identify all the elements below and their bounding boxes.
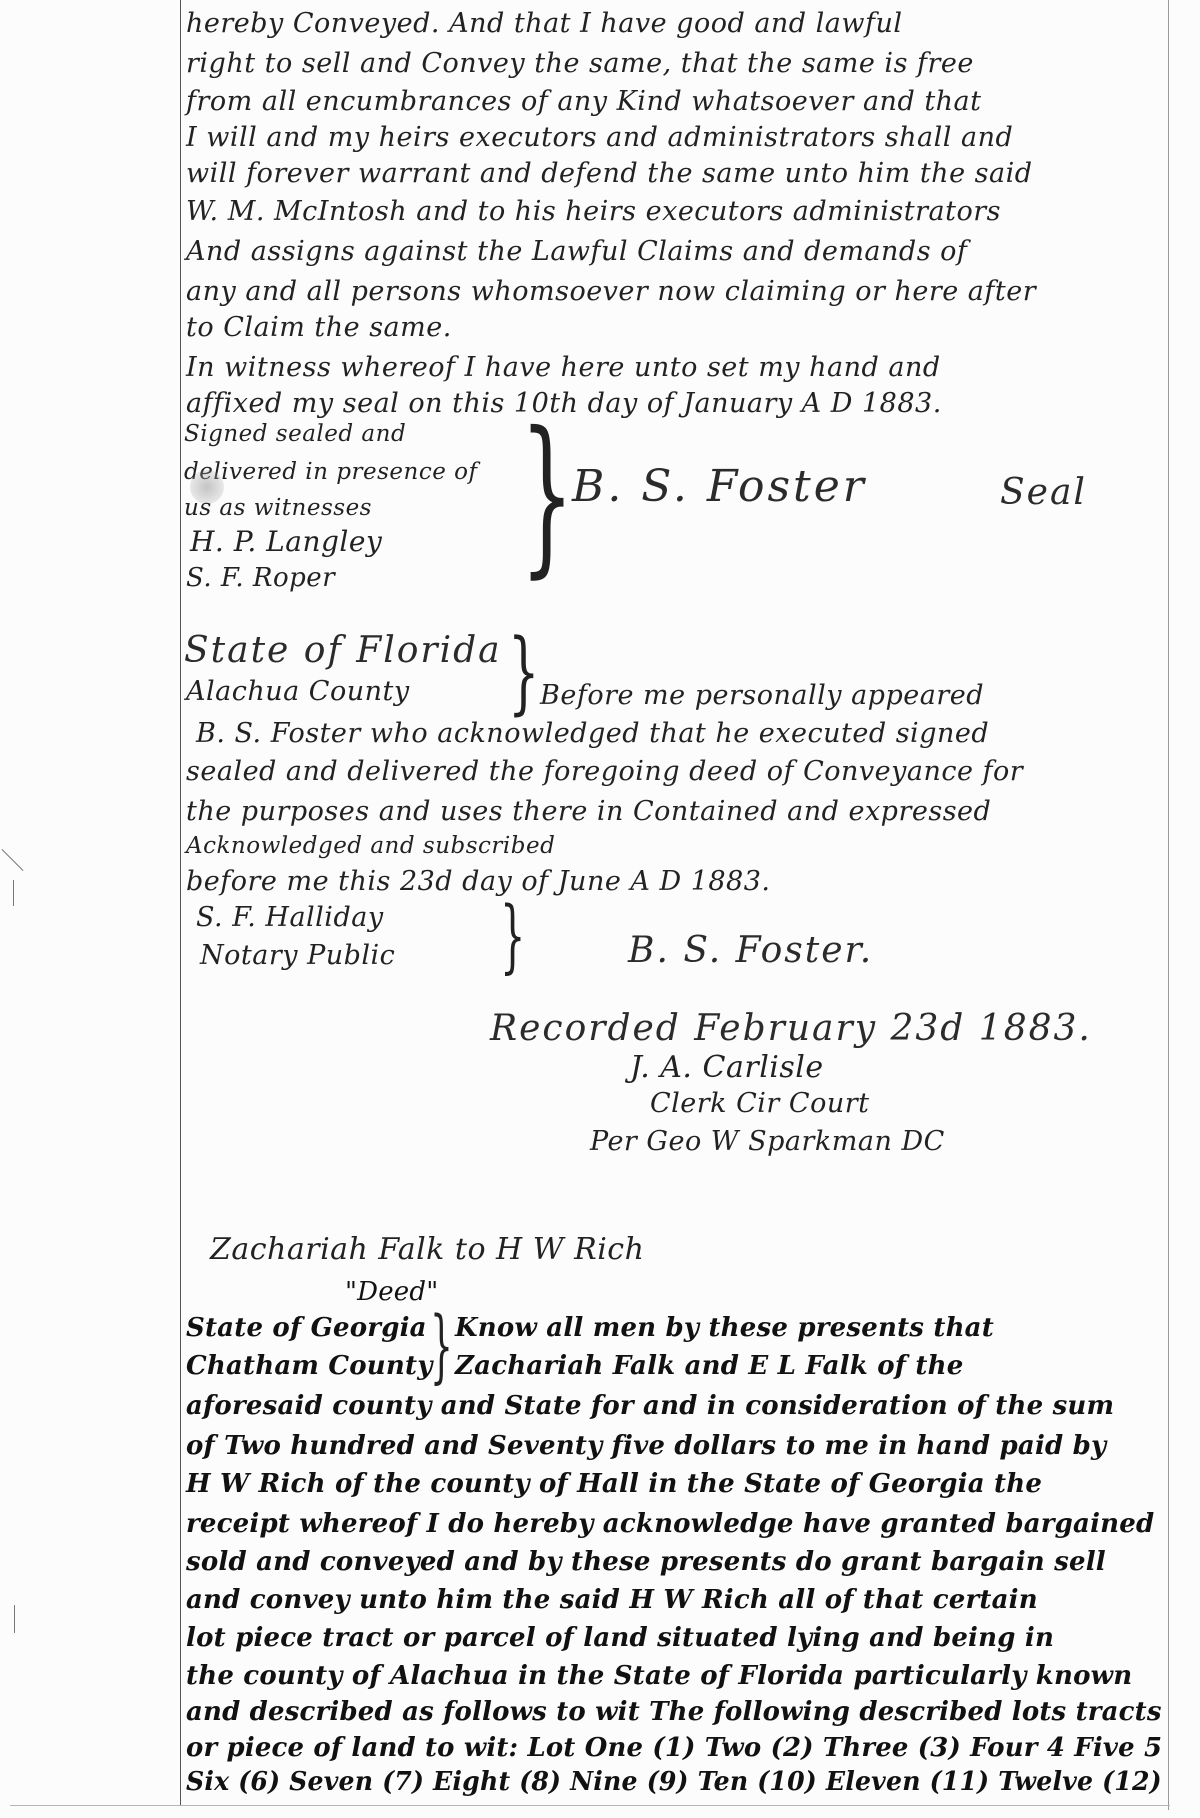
margin-stray-mark: [13, 880, 14, 906]
deed-line: W. M. McIntosh and to his heirs executor…: [186, 196, 1001, 228]
ack-line: before me this 23d day of June A D 1883.: [186, 866, 771, 898]
deed-line: of Two hundred and Seventy five dollars …: [186, 1430, 1106, 1462]
deed-line: I will and my heirs executors and admini…: [186, 122, 1013, 154]
clerk-name: J. A. Carlisle: [630, 1052, 824, 1084]
margin-stray-mark: [14, 1605, 15, 1633]
witness-line: Signed sealed and: [184, 420, 406, 448]
venue-county: Chatham County: [186, 1350, 433, 1382]
recorded-date: Recorded February 23d 1883.: [490, 1008, 1092, 1050]
left-margin-rule: [180, 0, 181, 1805]
deed-line: to Claim the same.: [186, 312, 452, 344]
witness-line: us as witnesses: [184, 494, 372, 522]
ack-line: the purposes and uses there in Contained…: [186, 796, 991, 828]
deed-line: and convey unto him the said H W Rich al…: [186, 1584, 1038, 1616]
deed-line: H W Rich of the county of Hall in the St…: [186, 1468, 1042, 1500]
venue-state: State of Georgia: [186, 1312, 427, 1344]
deed-line: lot piece tract or parcel of land situat…: [186, 1622, 1054, 1654]
deed-line: any and all persons whomsoever now claim…: [186, 276, 1036, 308]
ack-line: Before me personally appeared: [540, 680, 984, 712]
witness-name: S. F. Roper: [186, 564, 335, 592]
deed-line: will forever warrant and defend the same…: [186, 158, 1033, 190]
ack-line: sealed and delivered the foregoing deed …: [186, 756, 1023, 788]
right-margin-rule: [1168, 0, 1169, 1810]
brace-venue: }: [508, 628, 539, 718]
deed-line: In witness whereof I have here unto set …: [186, 352, 941, 384]
deed-line: receipt whereof I do hereby acknowledge …: [186, 1508, 1154, 1540]
brace-venue-2: }: [430, 1306, 453, 1386]
bottom-page-edge: [10, 1805, 1170, 1806]
deed-line: sold and conveyed and by these presents …: [186, 1546, 1106, 1578]
acknowledgment-signature: B. S. Foster.: [628, 930, 873, 972]
brace-witness: }: [520, 410, 574, 580]
deed-line: Zachariah Falk and E L Falk of the: [455, 1350, 963, 1382]
clerk-title: Clerk Cir Court: [650, 1088, 869, 1120]
deputy-clerk: Per Geo W Sparkman DC: [590, 1126, 945, 1158]
deed-line: the county of Alachua in the State of Fl…: [186, 1660, 1132, 1692]
deed-line: and described as follows to wit The foll…: [186, 1696, 1162, 1728]
witness-name: H. P. Langley: [190, 528, 382, 556]
grantor-signature: B. S. Foster: [572, 462, 867, 512]
seal-label: Seal: [1000, 472, 1087, 514]
ack-line: Acknowledged and subscribed: [186, 832, 555, 860]
witness-line: delivered in presence of: [184, 458, 478, 486]
deed-subheading: "Deed": [345, 1276, 438, 1308]
deed-line: Know all men by these presents that: [455, 1312, 994, 1344]
notary-title: Notary Public: [200, 940, 395, 972]
brace-notary: }: [500, 896, 525, 976]
deed-line: from all encumbrances of any Kind whatso…: [186, 86, 982, 118]
document-page: hereby Conveyed. And that I have good an…: [0, 0, 1200, 1818]
ack-line: B. S. Foster who acknowledged that he ex…: [196, 718, 989, 750]
deed-line: aforesaid county and State for and in co…: [186, 1390, 1114, 1422]
venue-county: Alachua County: [186, 676, 410, 708]
deed-line: And assigns against the Lawful Claims an…: [186, 236, 967, 268]
deed-line: Six (6) Seven (7) Eight (8) Nine (9) Ten…: [186, 1766, 1162, 1798]
notary-name: S. F. Halliday: [196, 902, 384, 934]
venue-state: State of Florida: [184, 630, 502, 672]
deed-line: or piece of land to wit: Lot One (1) Two…: [186, 1732, 1162, 1764]
deed-line: right to sell and Convey the same, that …: [186, 48, 974, 80]
deed-heading: Zachariah Falk to H W Rich: [210, 1232, 644, 1268]
margin-stray-mark: [2, 849, 24, 871]
deed-line: hereby Conveyed. And that I have good an…: [186, 8, 903, 40]
